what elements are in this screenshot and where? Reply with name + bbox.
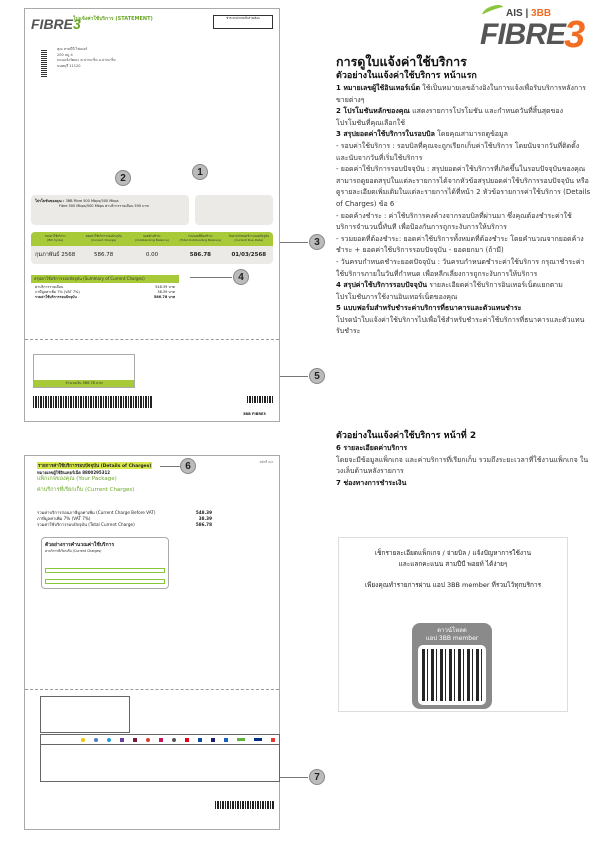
guide-point: - ยอดค้างชำระ : ค่าใช้บริการคงค้างจากรอบ… xyxy=(336,211,591,234)
payment-barcode xyxy=(33,396,153,408)
guide-item-4: 4 สรุปค่าใช้บริการรอบปัจจุบัน รายละเอียด… xyxy=(336,280,591,303)
tear-line xyxy=(25,339,279,340)
guide-point: - รอบค่าใช้บริการ : รอบบิลที่คุณจะถูกเรี… xyxy=(336,141,591,164)
bill-page-1: FIBRE3 ใบแจ้งค่าใช้บริการ (STATEMENT) ชำ… xyxy=(24,8,280,422)
page1-heading: ตัวอย่างในแจ้งค่าใช้บริการ หน้าแรก xyxy=(336,70,591,83)
callout-6: 6 xyxy=(180,458,196,474)
guide-item-5: 5 แบบฟอร์มสำหรับชำระค่าบริการที่ธนาคารแล… xyxy=(336,303,591,315)
current-summary-title: สรุปค่าใช้บริการรอบปัจจุบัน (Summary of … xyxy=(31,275,179,283)
callout-4: 4 xyxy=(233,269,249,285)
payment-channel-table xyxy=(40,734,280,782)
statement-title: ใบแจ้งค่าใช้บริการ (STATEMENT) xyxy=(73,15,153,23)
guide-page2: ตัวอย่างในแจ้งค่าใช้บริการ หน้าที่ 2 6 ร… xyxy=(336,430,591,489)
app-promo-box: เช็กรายละเอียดแพ็กเกจ / จ่ายบิล / แจ้งปั… xyxy=(338,537,568,712)
postage-stamp-box: ชำระค่าฝากส่งเป็นรายเดือน xyxy=(213,15,273,29)
guide-title: การดูใบแจ้งค่าใช้บริการ xyxy=(336,54,591,70)
customer-address: คุณ สามบีบี ไฟเบอร์ 200 หมู่ 4 ถนนแจ้งวั… xyxy=(57,47,116,69)
account-info-box xyxy=(195,195,273,225)
mail-barcode xyxy=(41,49,47,77)
callout-2: 2 xyxy=(115,170,131,186)
guide-item-3: 3 สรุปยอดค่าใช้บริการในรอบบิล โดยคุณสามา… xyxy=(336,129,591,141)
guide-text: การดูใบแจ้งค่าใช้บริการ ตัวอย่างในแจ้งค่… xyxy=(336,54,591,338)
payslip-customer-box: จำนวนเงิน 586.78 บาท xyxy=(33,354,135,388)
ais-3bb-fibre3-logo: AIS | 3BB FIBRE 3 xyxy=(460,6,590,54)
callout-5: 5 xyxy=(309,368,325,384)
qr-download-card[interactable]: ดาวน์โหลดแอป 3BB member xyxy=(412,623,492,709)
guide-point: - ยอดค่าใช้บริการรอบปัจจุบัน : สรุปยอดค่… xyxy=(336,164,591,210)
page2-barcode xyxy=(215,801,275,809)
guide-item-1: 1 หมายเลขผู้ใช้อินเทอร์เน็ต ใช้เป็นหมายเ… xyxy=(336,83,591,106)
current-summary-rows: ค่าบริการรายเดือน548.39 บาท ภาษีมูลค่าเพ… xyxy=(35,285,175,300)
guide-item-7: 7 ช่องทางการชำระเงิน xyxy=(336,478,591,490)
guide-item-2: 2 โปรโมชันหลักของคุณ แสดงรายการโปรโมชัน … xyxy=(336,106,591,129)
guide-point: - วันครบกำหนดชำระยอดปัจจุบัน : วันครบกำห… xyxy=(336,257,591,280)
bill-summary-table: รอบค่าใช้บริการ(Bill Cycle) ยอดค่าใช้บริ… xyxy=(31,232,273,264)
calc-example-box: ตัวอย่างการคำนวณค่าใช้บริการ ค่าบริการที… xyxy=(41,537,169,589)
callout-3: 3 xyxy=(309,234,325,250)
payment-channel-table-top xyxy=(40,696,130,733)
guide-point: - รวมยอดที่ต้องชำระ: ยอดค่าใช้บริการทั้ง… xyxy=(336,234,591,257)
page2-heading: ตัวอย่างในแจ้งค่าใช้บริการ หน้าที่ 2 xyxy=(336,430,591,443)
callout-1: 1 xyxy=(192,164,208,180)
promotion-box: โปรโมชันของคุณ : 3BB Fibre 500 Mbps/500 … xyxy=(31,195,189,225)
callout-7: 7 xyxy=(309,769,325,785)
page2-charge-rows: รวมค่าบริการก่อนภาษีมูลค่าเพิ่ม (Current… xyxy=(37,510,212,528)
small-barcode xyxy=(247,396,273,403)
qr-code-icon[interactable] xyxy=(422,649,482,701)
guide-item-6: 6 รายละเอียดค่าบริการ xyxy=(336,443,591,455)
bill-page-2: หน้าที่ 2/2 รายการค่าใช้บริการรอบปัจจุบั… xyxy=(24,455,280,830)
details-of-charges-title: รายการค่าใช้บริการรอบปัจจุบัน (Details o… xyxy=(37,462,152,469)
leaf-icon xyxy=(481,3,505,20)
